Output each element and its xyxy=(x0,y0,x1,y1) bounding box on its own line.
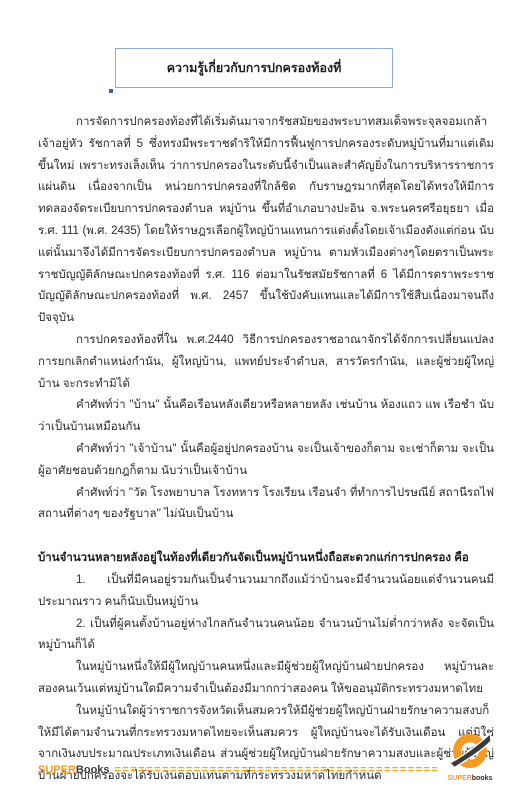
superbooks-swoosh-icon xyxy=(448,730,492,774)
paragraph-chaobaan-definition: คำศัพท์ว่า ''เจ้าบ้าน" นั้นคือผู้อยู่ปกค… xyxy=(38,439,494,483)
footer-divider: ========================================… xyxy=(115,763,437,777)
section-heading: บ้านจำนวนหลายหลังอยู่ในท้องที่เดียวกันจั… xyxy=(38,548,494,570)
title-box: ความรู้เกี่ยวกับการปกครองท้องที่ xyxy=(115,48,393,88)
paragraph-not-baan: คำศัพท์ว่า ''วัด โรงพยาบาล โรงทหาร โรงเร… xyxy=(38,483,494,527)
paragraph-history: การจัดการปกครองท้องที่ได้เริ่มต้นมาจากรั… xyxy=(38,112,494,330)
logo-wordmark-super: SUPER xyxy=(448,775,472,782)
page-title: ความรู้เกี่ยวกับการปกครองท้องที่ xyxy=(167,58,342,78)
paragraph-baan-definition: คำศัพท์ว่า ''บ้าน'' นั้นคือเรือนหลังเดีย… xyxy=(38,395,494,439)
logo-wordmark: SUPERbooks xyxy=(448,774,493,783)
page-footer: SUPERBooks =============================… xyxy=(38,730,498,777)
footer-brand-super: SUPER xyxy=(38,764,76,776)
list-item-1: 1. เป็นที่มีคนอยู่รวมกันเป็นจำนวนมากถึงแ… xyxy=(38,570,494,614)
document-body: การจัดการปกครองท้องที่ได้เริ่มต้นมาจากรั… xyxy=(38,112,494,788)
footer-brand: SUPERBooks xyxy=(38,763,110,777)
publisher-logo: SUPERbooks xyxy=(442,730,498,783)
document-page: ความรู้เกี่ยวกับการปกครองท้องที่ การจัดก… xyxy=(0,0,524,793)
paragraph-village-head: ในหมู่บ้านหนึ่งให้มีผู้ใหญ่บ้านคนหนึ่งแล… xyxy=(38,657,494,701)
list-item-2: 2. เป็นที่ผู้คนตั้งบ้านอยู่ห่างไกลกันจำน… xyxy=(38,614,494,658)
paragraph-2440: การปกครองท้องที่ใน พ.ศ.2440 วิธีการปกครอ… xyxy=(38,330,494,395)
anchor-marker xyxy=(109,89,113,93)
footer-brand-books: Books xyxy=(76,764,110,776)
logo-wordmark-books: books xyxy=(472,775,493,782)
